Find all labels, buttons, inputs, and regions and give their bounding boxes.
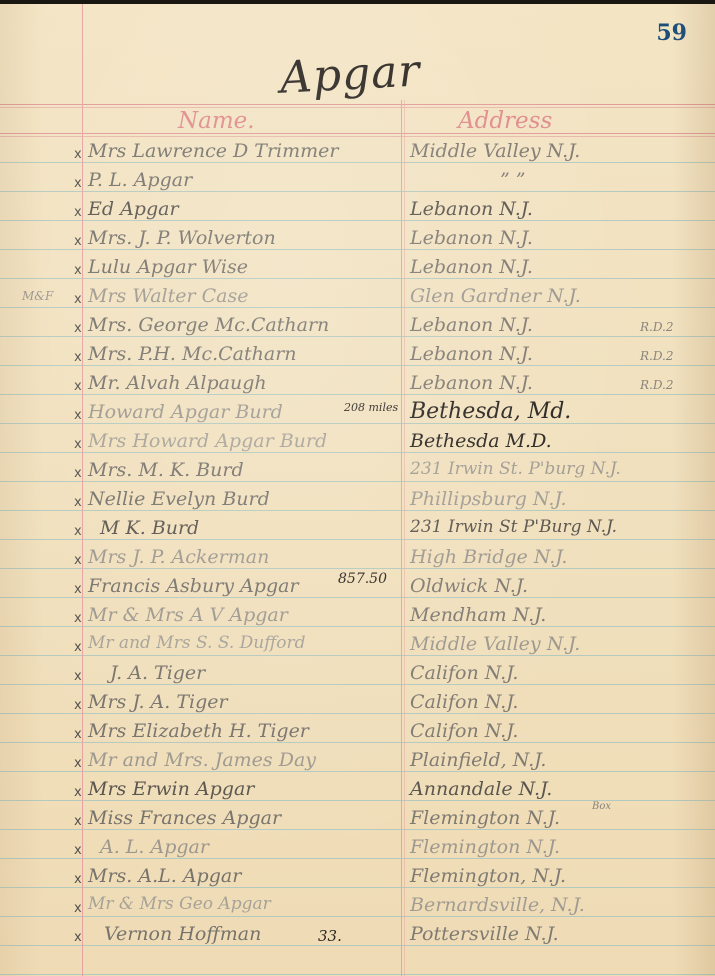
- entry-name: Mr and Mrs S. S. Dufford: [88, 633, 398, 653]
- entry-row: x Mrs. M. K. Burd 231 Irwin St. P'burg N…: [0, 459, 715, 488]
- entry-address: Bethesda, Md.: [410, 399, 710, 424]
- route-note: R.D.2: [640, 349, 674, 363]
- entry-address: High Bridge N.J.: [410, 546, 710, 568]
- entry-row: x Mrs. George Mc.Catharn Lebanon N.J. R.…: [0, 314, 715, 343]
- entry-name: Miss Frances Apgar: [88, 807, 398, 829]
- entry-row: x Mr and Mrs. James Day Plainfield, N.J.: [0, 749, 715, 778]
- entry-name: Lulu Apgar Wise: [88, 256, 398, 278]
- entry-row: x Mrs Lawrence D Trimmer Middle Valley N…: [0, 140, 715, 169]
- entry-name: Mrs Elizabeth H. Tiger: [88, 720, 398, 742]
- header-rule-top-2: [0, 107, 715, 108]
- check-mark: x: [74, 437, 82, 452]
- entry-name: Ed Apgar: [88, 198, 398, 220]
- entry-address: Califon N.J.: [410, 720, 710, 742]
- entry-row: x Mrs Howard Apgar Burd Bethesda M.D.: [0, 430, 715, 459]
- entry-address: Plainfield, N.J.: [410, 749, 710, 771]
- entry-address: Mendham N.J.: [410, 604, 710, 626]
- entry-name: Mrs. A.L. Apgar: [88, 865, 398, 887]
- entry-address: Flemington, N.J.: [410, 865, 710, 887]
- entry-name: Vernon Hoffman: [104, 923, 414, 945]
- entry-address: Lebanon N.J.: [410, 256, 710, 278]
- entry-row: x Mrs. J. P. Wolverton Lebanon N.J.: [0, 227, 715, 256]
- check-mark: x: [74, 234, 82, 249]
- entry-address: Pottersville N.J.: [410, 923, 710, 945]
- check-mark: x: [74, 611, 82, 626]
- entry-name: Mrs. P.H. Mc.Catharn: [88, 343, 398, 365]
- check-mark: x: [74, 640, 82, 655]
- entry-address: Califon N.J.: [410, 691, 710, 713]
- ledger-page: 59 Apgar Name. Address x Mrs Lawrence D …: [0, 4, 715, 976]
- header-rule-top: [0, 104, 715, 105]
- check-mark: x: [74, 292, 82, 307]
- check-mark: x: [74, 524, 82, 539]
- page-number: 59: [656, 20, 687, 46]
- entry-row: x Nellie Evelyn Burd Phillipsburg N.J.: [0, 488, 715, 517]
- check-mark: x: [74, 669, 82, 684]
- route-note: R.D.2: [640, 378, 674, 392]
- entry-address: 231 Irwin St P'Burg N.J.: [410, 517, 710, 537]
- entry-name: Mr. Alvah Alpaugh: [88, 372, 398, 394]
- entry-name: Mrs Walter Case: [88, 285, 398, 307]
- check-mark: x: [74, 379, 82, 394]
- check-mark: x: [74, 350, 82, 365]
- entry-name: Mrs. M. K. Burd: [88, 459, 398, 481]
- surname-heading: Apgar: [279, 43, 461, 103]
- entry-row: M&F x Mrs Walter Case Glen Gardner N.J.: [0, 285, 715, 314]
- entry-name: Nellie Evelyn Burd: [88, 488, 398, 510]
- check-mark: x: [74, 263, 82, 278]
- entry-address: Lebanon N.J.: [410, 227, 710, 249]
- entry-address: Middle Valley N.J.: [410, 140, 710, 162]
- entry-row: x Mrs Elizabeth H. Tiger Califon N.J.: [0, 720, 715, 749]
- entry-row: x Howard Apgar Burd 208 miles Bethesda, …: [0, 401, 715, 430]
- entry-row: x Mr and Mrs S. S. Dufford Middle Valley…: [0, 633, 715, 662]
- entry-name: Mrs J. A. Tiger: [88, 691, 398, 713]
- entry-address: Flemington N.J.: [410, 807, 710, 829]
- entry-address: ” ”: [500, 169, 715, 191]
- entry-address: Califon N.J.: [410, 662, 710, 684]
- header-rule-bottom: [0, 133, 715, 134]
- check-mark: x: [74, 930, 82, 945]
- entry-address: Phillipsburg N.J.: [410, 488, 710, 510]
- check-mark: x: [74, 466, 82, 481]
- entry-row: x Vernon Hoffman 33. Pottersville N.J.: [0, 923, 715, 952]
- entry-row: x Lulu Apgar Wise Lebanon N.J.: [0, 256, 715, 285]
- entry-name: Mrs J. P. Ackerman: [88, 546, 398, 568]
- check-mark: x: [74, 495, 82, 510]
- check-mark: x: [74, 785, 82, 800]
- entry-row: x Mrs J. A. Tiger Califon N.J.: [0, 691, 715, 720]
- entry-name: Mr & Mrs A V Apgar: [88, 604, 398, 626]
- check-mark: x: [74, 901, 82, 916]
- entry-address: Flemington N.J.: [410, 836, 710, 858]
- route-note: R.D.2: [640, 320, 674, 334]
- entry-row: x J. A. Tiger Califon N.J.: [0, 662, 715, 691]
- entry-address: Lebanon N.J.: [410, 198, 710, 220]
- entry-row: x Mr & Mrs A V Apgar Mendham N.J.: [0, 604, 715, 633]
- entry-row: x Miss Frances Apgar Flemington N.J. Box: [0, 807, 715, 836]
- box-note: Box: [592, 801, 611, 812]
- entry-row: x P. L. Apgar ” ”: [0, 169, 715, 198]
- check-mark: x: [74, 205, 82, 220]
- check-mark: x: [74, 756, 82, 771]
- entry-name: M K. Burd: [100, 517, 410, 539]
- entry-row: x Francis Asbury Apgar 857.50 Oldwick N.…: [0, 575, 715, 604]
- check-mark: x: [74, 814, 82, 829]
- entry-name: A. L. Apgar: [100, 836, 410, 858]
- entry-name: Mrs Erwin Apgar: [88, 778, 398, 800]
- check-mark: x: [74, 176, 82, 191]
- entry-row: x A. L. Apgar Flemington N.J.: [0, 836, 715, 865]
- check-mark: x: [74, 408, 82, 423]
- entry-name: Mrs. J. P. Wolverton: [88, 227, 398, 249]
- entry-address: Annandale N.J.: [410, 778, 710, 800]
- check-mark: x: [74, 843, 82, 858]
- name-column-header: Name.: [178, 108, 255, 134]
- entry-address: Glen Gardner N.J.: [410, 285, 710, 307]
- check-mark: x: [74, 553, 82, 568]
- address-column-header: Address: [458, 108, 552, 134]
- entry-name: Mrs Lawrence D Trimmer: [88, 140, 398, 162]
- entry-address: Middle Valley N.J.: [410, 633, 710, 655]
- entry-address: 231 Irwin St. P'burg N.J.: [410, 459, 710, 479]
- check-mark: x: [74, 582, 82, 597]
- entry-row: x Mrs. P.H. Mc.Catharn Lebanon N.J. R.D.…: [0, 343, 715, 372]
- entry-row: x Mrs. A.L. Apgar Flemington, N.J.: [0, 865, 715, 894]
- entry-address: Oldwick N.J.: [410, 575, 710, 597]
- check-mark: x: [74, 321, 82, 336]
- side-note: M&F: [22, 289, 53, 303]
- check-mark: x: [74, 147, 82, 162]
- check-mark: x: [74, 727, 82, 742]
- ruled-line: [0, 974, 715, 975]
- entry-address: Bethesda M.D.: [410, 430, 710, 452]
- entry-name: Mrs Howard Apgar Burd: [88, 430, 398, 452]
- entry-name: Mrs. George Mc.Catharn: [88, 314, 398, 336]
- entry-name: P. L. Apgar: [88, 169, 398, 191]
- check-mark: x: [74, 872, 82, 887]
- check-mark: x: [74, 698, 82, 713]
- entry-address: Bernardsville, N.J.: [410, 894, 710, 916]
- entry-row: x M K. Burd 231 Irwin St P'Burg N.J.: [0, 517, 715, 546]
- entry-row: x Mr. Alvah Alpaugh Lebanon N.J. R.D.2: [0, 372, 715, 401]
- mileage-note: 208 miles: [344, 401, 398, 414]
- header-rule-bottom-2: [0, 136, 715, 137]
- entry-row: x Mr & Mrs Geo Apgar Bernardsville, N.J.: [0, 894, 715, 923]
- entry-name: Mr and Mrs. James Day: [88, 749, 398, 771]
- entry-name: Mr & Mrs Geo Apgar: [88, 894, 398, 914]
- number-note: 33.: [318, 927, 342, 945]
- entry-name: J. A. Tiger: [110, 662, 420, 684]
- amount-note: 857.50: [338, 571, 387, 587]
- entry-row: x Ed Apgar Lebanon N.J.: [0, 198, 715, 227]
